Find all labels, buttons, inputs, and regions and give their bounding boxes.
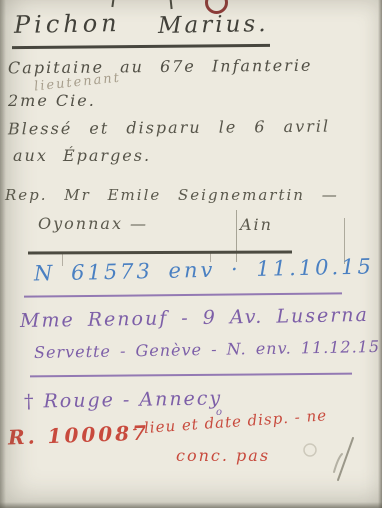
reporter-line: Rep. Mr Emile Seignemartin — bbox=[5, 186, 339, 204]
paper-edge bbox=[0, 0, 6, 508]
card-title-firstname: Marius. bbox=[158, 11, 269, 39]
horizontal-rule bbox=[28, 251, 292, 254]
reporter-town: Oyonnax — bbox=[38, 214, 148, 233]
registry-entry-blue: N 61573 env · 11.10.15 bbox=[34, 254, 374, 285]
rank-line: Capitaine au 67e Infanterie bbox=[8, 56, 313, 78]
pencil-column-divider bbox=[236, 210, 237, 262]
paper-edge bbox=[378, 0, 382, 508]
unit-line: 2me Cie. bbox=[8, 91, 96, 110]
reporter-department: Ain bbox=[240, 215, 273, 234]
horizontal-rule bbox=[24, 292, 342, 297]
status-line-2: aux Éparges. bbox=[13, 146, 151, 165]
redcross-text: Rouge - Annecy bbox=[43, 387, 222, 412]
red-reference-number: R. 100087 bbox=[8, 421, 150, 450]
contact-line-1: Mme Renouf - 9 Av. Luserna bbox=[20, 304, 369, 332]
status-line-1: Blessé et disparu le 6 avril bbox=[8, 117, 330, 139]
paper-edge bbox=[0, 502, 382, 508]
top-edge-stroke-icon bbox=[111, 0, 114, 7]
stray-ink-mark: o bbox=[216, 407, 222, 418]
card-title-surname: Pichon bbox=[14, 9, 121, 39]
redcross-line: †Rouge - Annecy bbox=[24, 387, 223, 412]
horizontal-rule bbox=[30, 373, 352, 378]
pencil-flourish-icon bbox=[298, 428, 368, 490]
index-card: Pichon Marius. Capitaine au 67e Infanter… bbox=[0, 0, 382, 508]
top-edge-stroke-icon bbox=[169, 0, 172, 9]
contact-line-2: Servette - Genève - N. env. 11.12.15 bbox=[34, 337, 380, 362]
cross-icon: † bbox=[24, 391, 36, 413]
title-underline bbox=[12, 44, 270, 49]
red-note-line-2: conc. pas bbox=[176, 446, 270, 465]
